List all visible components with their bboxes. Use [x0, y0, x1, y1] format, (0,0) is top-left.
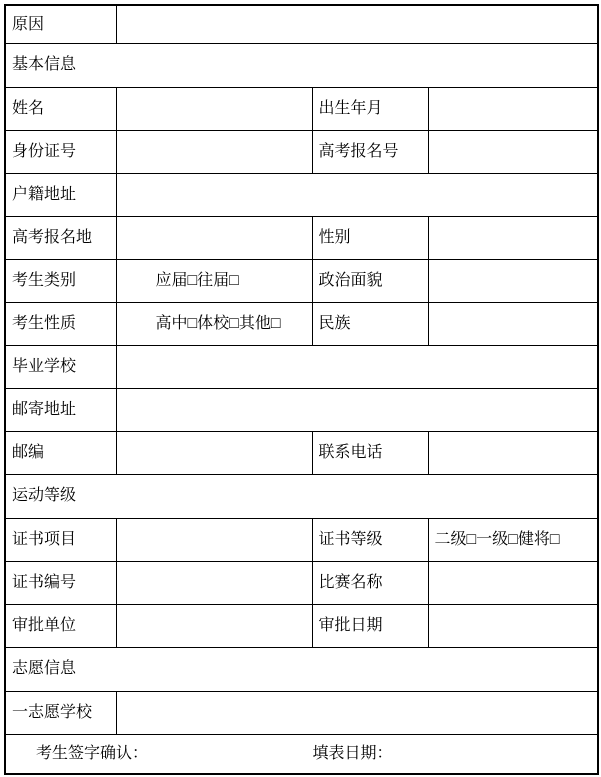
- gaokao-reg-place-label-cell: 高考报名地: [5, 216, 116, 259]
- fill-date-label: 填表日期：: [312, 745, 392, 762]
- gaokao-reg-number-value-cell[interactable]: [428, 130, 598, 173]
- ethnicity-value-cell[interactable]: [428, 302, 598, 345]
- birth-date-value-cell[interactable]: [428, 87, 598, 130]
- first-choice-school-label-cell: 一志愿学校: [5, 691, 116, 734]
- row-candidatenature-ethnicity: 考生性质 高中□体校□其他□ 民族: [5, 302, 598, 345]
- certificate-number-value-cell[interactable]: [116, 561, 312, 604]
- contact-phone-label-cell: 联系电话: [312, 431, 428, 474]
- gender-value-cell[interactable]: [428, 216, 598, 259]
- row-signature-footer: 考生签字确认： 填表日期：: [5, 734, 598, 774]
- row-name-birthdate: 姓名 出生年月: [5, 87, 598, 130]
- name-label-cell: 姓名: [5, 87, 116, 130]
- contact-phone-value-cell[interactable]: [428, 431, 598, 474]
- row-reason: 原因: [5, 5, 598, 43]
- row-certevent-certlevel: 证书项目 证书等级 二级□一级□健将□: [5, 518, 598, 561]
- birth-date-label-cell: 出生年月: [312, 87, 428, 130]
- id-number-label-cell: 身份证号: [5, 130, 116, 173]
- political-status-label-cell: 政治面貌: [312, 259, 428, 302]
- row-idnumber-regnumber: 身份证号 高考报名号: [5, 130, 598, 173]
- competition-name-label-cell: 比赛名称: [312, 561, 428, 604]
- application-form-table: 原因 基本信息 姓名 出生年月 身份证号 高考报名号 户籍地址 高考报名地 性别: [4, 4, 599, 775]
- approval-date-value-cell[interactable]: [428, 604, 598, 647]
- signature-footer-cell: 考生签字确认： 填表日期：: [5, 734, 598, 774]
- row-approval: 审批单位 审批日期: [5, 604, 598, 647]
- certificate-level-label-cell: 证书等级: [312, 518, 428, 561]
- candidate-nature-label-cell: 考生性质: [5, 302, 116, 345]
- reason-value-cell[interactable]: [116, 5, 598, 43]
- gaokao-reg-place-value-cell[interactable]: [116, 216, 312, 259]
- graduation-school-label-cell: 毕业学校: [5, 345, 116, 388]
- row-regplace-gender: 高考报名地 性别: [5, 216, 598, 259]
- candidate-type-options-cell[interactable]: 应届□往届□: [116, 259, 312, 302]
- certificate-event-label-cell: 证书项目: [5, 518, 116, 561]
- section-preference-info-title: 志愿信息: [5, 647, 598, 691]
- id-number-value-cell[interactable]: [116, 130, 312, 173]
- name-value-cell[interactable]: [116, 87, 312, 130]
- section-sports-level-title: 运动等级: [5, 474, 598, 518]
- first-choice-school-value-cell[interactable]: [116, 691, 598, 734]
- mailing-address-label-cell: 邮寄地址: [5, 388, 116, 431]
- section-basic-info-title: 基本信息: [5, 43, 598, 87]
- signature-confirm-label: 考生签字确认：: [36, 745, 148, 762]
- row-section-sports-level: 运动等级: [5, 474, 598, 518]
- mailing-address-value-cell[interactable]: [116, 388, 598, 431]
- candidate-type-label-cell: 考生类别: [5, 259, 116, 302]
- row-certnumber-competition: 证书编号 比赛名称: [5, 561, 598, 604]
- graduation-school-value-cell[interactable]: [116, 345, 598, 388]
- competition-name-value-cell[interactable]: [428, 561, 598, 604]
- row-section-preference-info: 志愿信息: [5, 647, 598, 691]
- political-status-value-cell[interactable]: [428, 259, 598, 302]
- postal-code-value-cell[interactable]: [116, 431, 312, 474]
- candidate-nature-options-cell[interactable]: 高中□体校□其他□: [116, 302, 312, 345]
- approval-unit-label-cell: 审批单位: [5, 604, 116, 647]
- row-postal-phone: 邮编 联系电话: [5, 431, 598, 474]
- certificate-event-value-cell[interactable]: [116, 518, 312, 561]
- gender-label-cell: 性别: [312, 216, 428, 259]
- certificate-level-options-cell[interactable]: 二级□一级□健将□: [428, 518, 598, 561]
- reason-label-cell: 原因: [5, 5, 116, 43]
- approval-unit-value-cell[interactable]: [116, 604, 312, 647]
- row-first-choice-school: 一志愿学校: [5, 691, 598, 734]
- household-address-label-cell: 户籍地址: [5, 173, 116, 216]
- certificate-number-label-cell: 证书编号: [5, 561, 116, 604]
- postal-code-label-cell: 邮编: [5, 431, 116, 474]
- ethnicity-label-cell: 民族: [312, 302, 428, 345]
- row-candidatetype-political: 考生类别 应届□往届□ 政治面貌: [5, 259, 598, 302]
- approval-date-label-cell: 审批日期: [312, 604, 428, 647]
- row-graduation-school: 毕业学校: [5, 345, 598, 388]
- row-section-basic-info: 基本信息: [5, 43, 598, 87]
- household-address-value-cell[interactable]: [116, 173, 598, 216]
- gaokao-reg-number-label-cell: 高考报名号: [312, 130, 428, 173]
- row-household-address: 户籍地址: [5, 173, 598, 216]
- row-mailing-address: 邮寄地址: [5, 388, 598, 431]
